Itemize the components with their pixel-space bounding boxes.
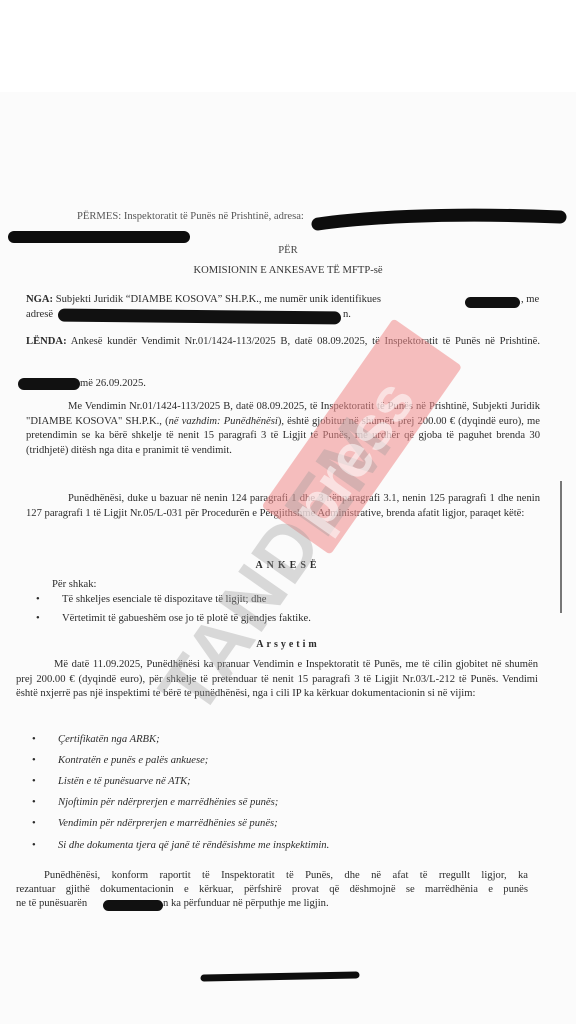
per-heading: PËR <box>0 244 576 259</box>
nga-line-2-start: adresë <box>26 308 53 323</box>
ground-item: •Të shkeljes esenciale të dispozitave të… <box>36 593 266 607</box>
nga-line-1-end: , me <box>521 293 539 308</box>
scan-edge-line <box>560 481 562 613</box>
document-text: Çertifikatën nga ARBK; <box>58 734 160 745</box>
nga-text: Subjekti Juridik “DIAMBE KOSOVA” SH.P.K.… <box>56 294 381 305</box>
per-shkak-label: Për shkak: <box>52 578 96 593</box>
document-text: Listën e të punësuarve në ATK; <box>58 776 191 787</box>
lenda-text: Ankesë kundër Vendimit Nr.01/1424-113/20… <box>71 336 540 347</box>
ground-text: Vërtetimit të gabueshëm ose jo të plotë … <box>62 613 311 624</box>
document-item: •Çertifikatën nga ARBK; <box>32 733 160 747</box>
document-item: •Listën e të punësuarve në ATK; <box>32 775 191 789</box>
para4-line-3-start: ne të punësuarën <box>16 897 87 912</box>
arsyetim-heading: Arsyetim <box>0 638 576 653</box>
document-item: •Njoftimin për ndërprerjen e marrëdhënie… <box>32 796 278 810</box>
document-text: Njoftimin për ndërprerjen e marrëdhënies… <box>58 797 278 808</box>
para4-line-2: rezantuar gjithë dokumentacionin e kërku… <box>16 883 528 898</box>
para4-line-3-end: n ka përfunduar në përputhje me ligjin. <box>163 897 329 912</box>
redaction-employee-name <box>103 900 163 911</box>
lenda-label: LËNDA: <box>26 336 67 347</box>
para1-italic: në vazhdim: Punëdhënësi <box>169 416 278 427</box>
ground-item: •Vërtetimit të gabueshëm ose jo të plotë… <box>36 612 311 626</box>
redaction-place <box>18 378 80 390</box>
paragraph-legal-basis: Punëdhënësi, duke u bazuar në nenin 124 … <box>26 492 540 521</box>
para4-line-1: Punëdhënësi, konform raportit të Inspekt… <box>44 869 528 884</box>
document-item: •Kontratën e punës e palës ankuese; <box>32 754 208 768</box>
ankese-heading: ANKESË <box>0 559 576 574</box>
permes-line: PËRMES: Inspektoratit të Punës në Prisht… <box>77 210 304 225</box>
nga-line-1: NGA: Subjekti Juridik “DIAMBE KOSOVA” SH… <box>26 293 381 308</box>
document-text: Vendimin për ndërprerjen e marrëdhënies … <box>58 818 278 829</box>
document-text: Si dhe dokumenta tjera që janë të rëndës… <box>58 840 329 851</box>
redaction-id <box>465 297 520 308</box>
permes-label: PËRMES: <box>77 211 121 222</box>
document-text: Kontratën e punës e palës ankuese; <box>58 755 208 766</box>
paragraph-decision: Me Vendimin Nr.01/1424-113/2025 B, datë … <box>26 400 540 458</box>
document-item: •Si dhe dokumenta tjera që janë të rëndë… <box>32 839 329 853</box>
lenda-line: LËNDA: Ankesë kundër Vendimit Nr.01/1424… <box>26 335 540 350</box>
paragraph-reasoning: Më datë 11.09.2025, Punëdhënësi ka pranu… <box>16 658 538 702</box>
permes-text: Inspektoratit të Punës në Prishtinë, adr… <box>124 211 304 222</box>
commission-heading: KOMISIONIN E ANKESAVE TË MFTP-së <box>0 264 576 279</box>
ground-text: Të shkeljes esenciale të dispozitave të … <box>62 594 266 605</box>
date-line: më 26.09.2025. <box>80 377 146 392</box>
nga-line-2-end: n. <box>343 308 351 323</box>
nga-label: NGA: <box>26 294 53 305</box>
document-item: •Vendimin për ndërprerjen e marrëdhënies… <box>32 817 278 831</box>
